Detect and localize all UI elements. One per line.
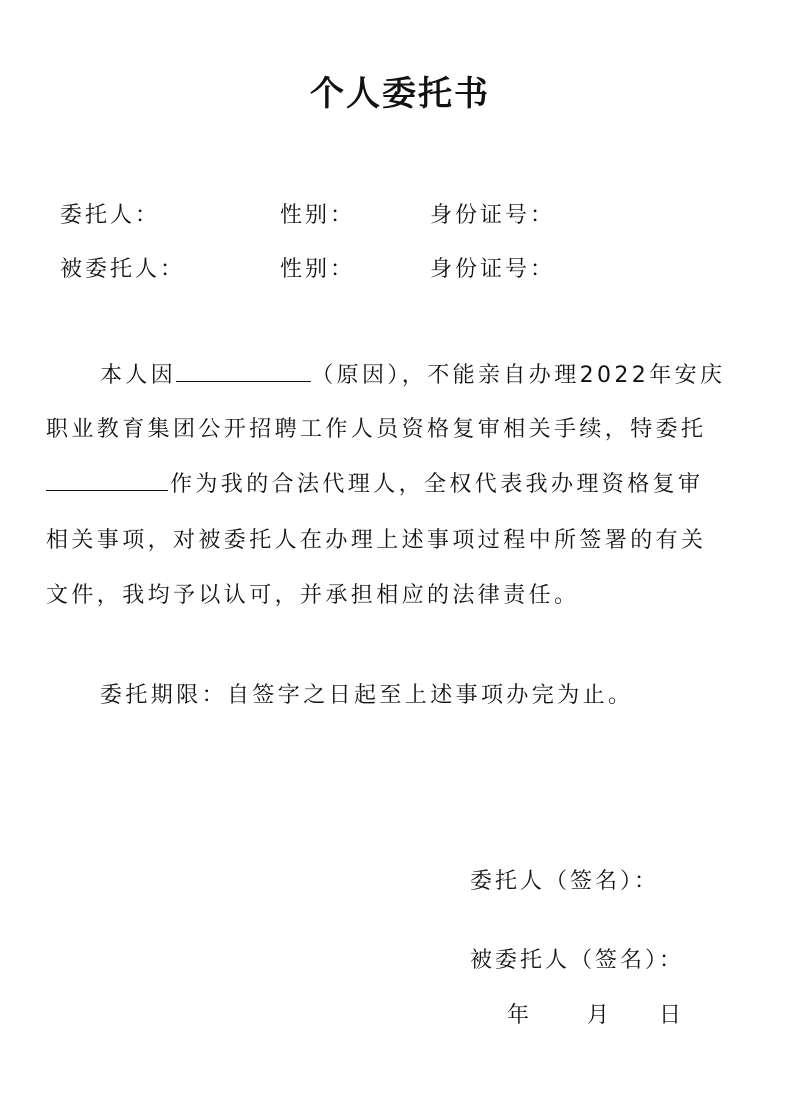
agent-gender-label: 性别：	[280, 252, 355, 283]
body-line-1: 本人因（原因），不能亲自办理2022年安庆	[100, 358, 725, 388]
body-line-1-prefix: 本人因	[100, 363, 176, 388]
body-line-2: 职业教育集团公开招聘工作人员资格复审相关手续，特委托	[46, 412, 706, 442]
body-line-3: 作为我的合法代理人，全权代表我办理资格复审	[46, 467, 703, 497]
date-day-label: 日	[659, 998, 681, 1029]
agent-signature-label: 被委托人（签名）：	[470, 943, 684, 974]
body-line-1-suffix: （原因），不能亲自办理2022年安庆	[311, 363, 725, 388]
term-line: 委托期限：自签字之日起至上述事项办完为止。	[100, 678, 633, 708]
principal-id-label: 身份证号：	[430, 198, 555, 229]
body-line-5: 文件，我均予以认可，并承担相应的法律责任。	[46, 578, 579, 608]
date-year-label: 年	[507, 998, 529, 1029]
body-line-3-suffix: 作为我的合法代理人，全权代表我办理资格复审	[170, 472, 703, 497]
document-page: 个人委托书 委托人： 性别： 身份证号： 被委托人： 性别： 身份证号： 本人因…	[0, 0, 800, 1103]
principal-signature-label: 委托人（签名）：	[470, 864, 659, 895]
principal-info-row: 委托人： 性别： 身份证号：	[0, 198, 800, 228]
principal-name-label: 委托人：	[60, 198, 160, 229]
reason-blank	[176, 359, 311, 382]
principal-gender-label: 性别：	[280, 198, 355, 229]
body-line-4: 相关事项，对被委托人在办理上述事项过程中所签署的有关	[46, 523, 706, 553]
agent-name-label: 被委托人：	[60, 252, 185, 283]
agent-id-label: 身份证号：	[430, 252, 555, 283]
agent-info-row: 被委托人： 性别： 身份证号：	[0, 252, 800, 282]
date-month-label: 月	[587, 998, 609, 1029]
agent-name-blank	[46, 468, 168, 491]
document-title: 个人委托书	[0, 66, 800, 115]
